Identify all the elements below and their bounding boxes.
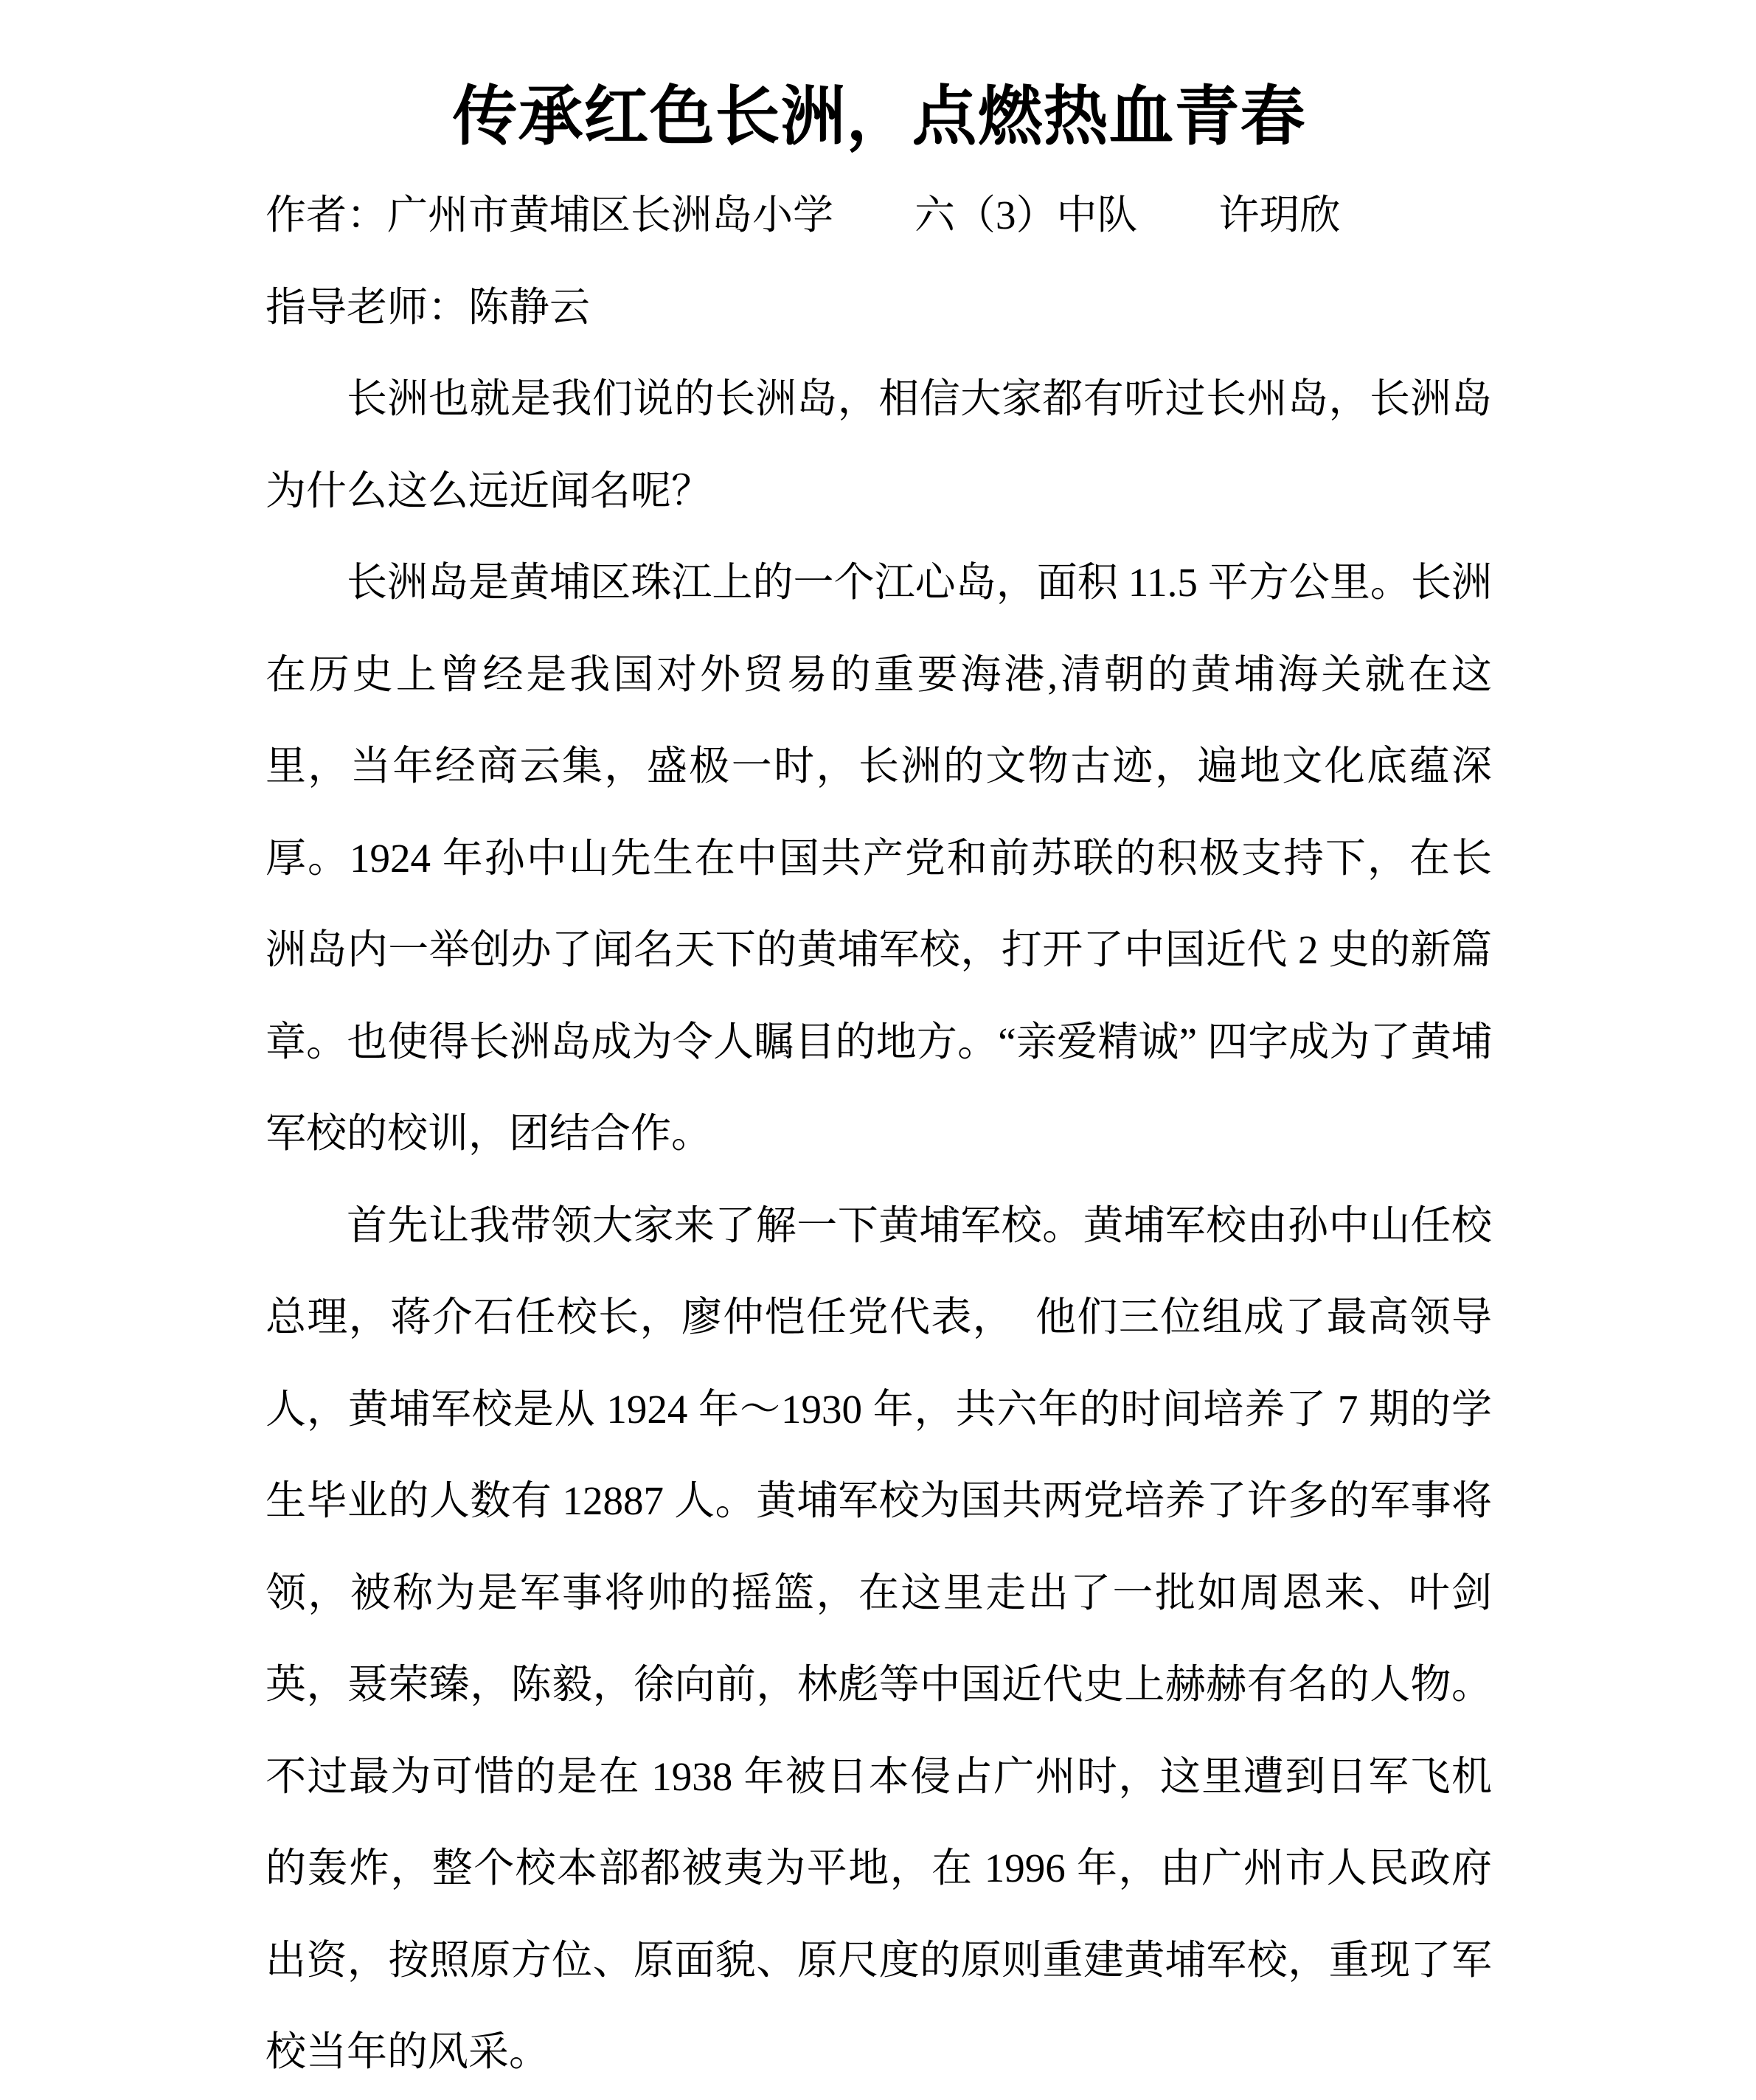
author-line: 作者：广州市黄埔区长洲岛小学 六（3）中队 许玥欣 xyxy=(266,170,1492,262)
paragraph-military-academy: 首先让我带领大家来了解一下黄埔军校。黄埔军校由孙中山任校总理，蒋介石任校长，廖仲… xyxy=(266,1180,1492,2099)
advisor-line: 指导老师：陈静云 xyxy=(266,262,1492,354)
paragraph-intro: 长洲也就是我们说的长洲岛，相信大家都有听过长州岛，长洲岛为什么这么远近闻名呢？ xyxy=(266,353,1492,537)
document-title: 传承红色长洲，点燃热血青春 xyxy=(268,66,1490,170)
document-body: 作者：广州市黄埔区长洲岛小学 六（3）中队 许玥欣 指导老师：陈静云 长洲也就是… xyxy=(0,170,1756,2099)
document-page: 传承红色长洲，点燃热血青春 作者：广州市黄埔区长洲岛小学 六（3）中队 许玥欣 … xyxy=(0,0,1756,2100)
paragraph-island-history: 长洲岛是黄埔区珠江上的一个江心岛，面积 11.5 平方公里。长洲在历史上曾经是我… xyxy=(266,537,1492,1180)
